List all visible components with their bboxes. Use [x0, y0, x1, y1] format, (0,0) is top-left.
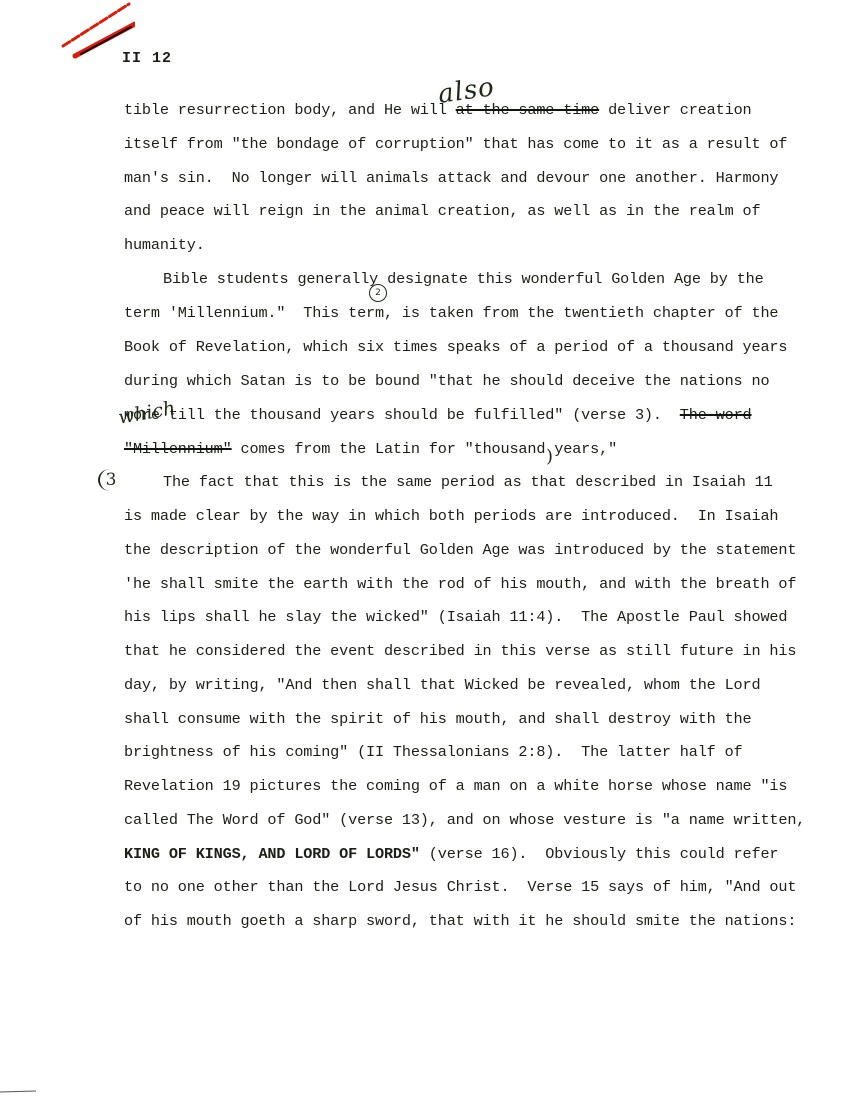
text-line-10: more till the thousand years should be f… [124, 405, 752, 425]
text-line-14: the description of the wonderful Golden … [124, 540, 796, 560]
text-line-17: that he considered the event described i… [124, 641, 796, 661]
text-line-24: to no one other than the Lord Jesus Chri… [124, 877, 796, 897]
struck-text: at the same time [456, 101, 599, 119]
text-line-11: "Millennium" comes from the Latin for "t… [124, 439, 617, 459]
text-segment: comes from the Latin for "thousand years… [232, 440, 617, 458]
text-line-15: 'he shall smite the earth with the rod o… [124, 574, 796, 594]
text-segment: (verse 16). Obviously this could refer [420, 845, 779, 863]
text-line-25: of his mouth goeth a sharp sword, that w… [124, 911, 796, 931]
text-line-22: called The Word of God" (verse 13), and … [124, 810, 805, 830]
struck-text: The word [680, 406, 752, 424]
bold-text: KING OF KINGS, AND LORD OF LORDS" [124, 845, 420, 863]
document-page: II 12 also tible resurrection body, and … [0, 0, 855, 1100]
text-line-6-paragraph-start: Bible students generally designate this … [163, 269, 764, 289]
text-segment: more till the thousand years should be f… [124, 406, 680, 424]
text-line-19: shall consume with the spirit of his mou… [124, 709, 751, 729]
text-line-4: and peace will reign in the animal creat… [124, 201, 760, 221]
handwritten-circle-note: 2 [369, 284, 387, 302]
handwritten-comma-mark: ) [546, 446, 553, 467]
text-line-2: itself from "the bondage of corruption" … [124, 134, 787, 154]
text-segment: deliver creation [599, 101, 751, 119]
text-line-18: day, by writing, "And then shall that Wi… [124, 675, 760, 695]
text-line-16: his lips shall he slay the wicked" (Isai… [124, 607, 787, 627]
text-segment: tible resurrection body, and He will [124, 101, 456, 119]
text-line-8: Book of Revelation, which six times spea… [124, 337, 787, 357]
text-line-20: brightness of his coming" (II Thessaloni… [124, 742, 743, 762]
text-line-23: KING OF KINGS, AND LORD OF LORDS" (verse… [124, 844, 778, 864]
text-line-12-paragraph-start: The fact that this is the same period as… [163, 472, 773, 492]
text-line-21: Revelation 19 pictures the coming of a m… [124, 776, 787, 796]
text-line-1: tible resurrection body, and He will at … [124, 100, 752, 120]
text-line-7: term 'Millennium." This term, is taken f… [124, 303, 778, 323]
text-line-3: man's sin. No longer will animals attack… [124, 168, 778, 188]
text-line-9: during which Satan is to be bound "that … [124, 371, 769, 391]
handwritten-paragraph-marker: 3 [98, 469, 122, 491]
scan-artifact-icon [0, 1088, 40, 1094]
text-line-13: is made clear by the way in which both p… [124, 506, 778, 526]
page-number: II 12 [122, 50, 172, 67]
struck-text: "Millennium" [124, 440, 232, 458]
text-line-5: humanity. [124, 235, 205, 255]
